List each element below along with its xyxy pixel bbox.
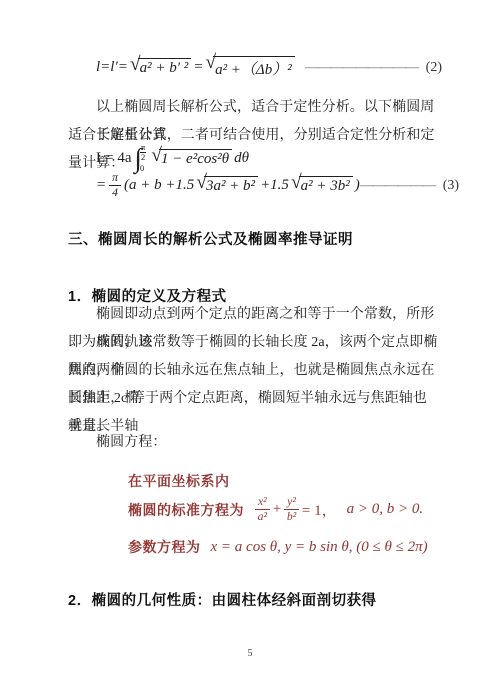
formula-2-equals: = <box>193 59 203 76</box>
page-number: 5 <box>0 648 500 659</box>
fraction-x2-a2: x² a² <box>255 496 270 524</box>
sqrt-body-3: 1 − e²cos²θ <box>159 149 232 168</box>
formula-2-dash-line: ————————— <box>305 60 418 76</box>
fraction-denominator: 4 <box>112 186 118 199</box>
paragraph-definition-line-3: 焦点，椭圆的长轴永远在焦点轴上，也就是椭圆焦点永远在长轴上，椭 <box>68 357 440 385</box>
paragraph-usage: 以上椭圆周长解析公式，适合于定性分析。以下椭圆周长解析公式 适合于定量计算，二者… <box>68 94 440 150</box>
sqrt-body-2: a² +（Δb）² <box>213 56 295 79</box>
subheading-2: 2．椭圆的几何性质：由圆柱体经斜面剖切获得 <box>68 589 377 610</box>
fraction-y2-b2: y² b² <box>284 496 299 524</box>
sqrt-expression-4: √ 3a² + b² <box>196 176 258 195</box>
paragraph-usage-line-1: 以上椭圆周长解析公式，适合于定性分析。以下椭圆周长解析公式 <box>68 94 440 122</box>
formula-3-lhs: L= 4a <box>96 150 132 167</box>
fraction-pi-over-4: π 4 <box>109 172 121 200</box>
paragraph-definition-line-1: 椭圆即动点到两个定点的距离之和等于一个常数，所形成的轨迹 <box>68 301 440 329</box>
red-line-parametric-equation: 参数方程为 x = a cos θ, y = b sin θ, (0 ≤ θ ≤… <box>128 537 428 557</box>
equals-one: = 1， <box>302 499 337 520</box>
sqrt-expression-1: √ a² + b′ ² <box>130 58 191 77</box>
formula-3-dtheta: dθ <box>234 150 249 167</box>
radical-sign: √ <box>196 175 207 192</box>
radical-sign: √ <box>130 57 141 74</box>
section-heading-3: 三、椭圆周长的解析公式及椭圆率推导证明 <box>68 228 353 249</box>
upper-bound-denominator: 2 <box>141 153 145 162</box>
sqrt-expression-3: √ 1 − e²cos²θ <box>151 149 232 168</box>
sqrt-body-4: 3a² + b² <box>204 176 258 195</box>
formula-3-line-1: L= 4a ∫ π 2 0 √ 1 − e²cos²θ dθ <box>96 143 249 173</box>
document-page: l=l′= √ a² + b′ ² = √ a² +（Δb）² ————————… <box>0 0 500 698</box>
paragraph-definition: 椭圆即动点到两个定点的距离之和等于一个常数，所形成的轨迹 即为椭圆，该常数等于椭… <box>68 301 440 441</box>
paragraph-definition-line-2: 即为椭圆，该常数等于椭圆的长轴长度 2a，该两个定点即椭圆的两个 <box>68 329 440 357</box>
formula-2: l=l′= √ a² + b′ ² = √ a² +（Δb）² ————————… <box>96 56 442 79</box>
formula-3-number: (3) <box>443 178 459 194</box>
radical-sign: √ <box>151 148 162 165</box>
red-line-coordinate-system: 在平面坐标系内 <box>128 471 230 491</box>
formula-3-equals: = <box>96 177 106 194</box>
integral-bounds: π 2 0 <box>140 143 146 173</box>
fraction-numerator: y² <box>284 496 299 510</box>
formula-3-mid: +1.5 <box>260 177 289 194</box>
plus-sign: + <box>273 501 281 518</box>
fraction-denominator: a² <box>258 510 267 523</box>
formula-2-lhs: l=l′= <box>96 59 128 76</box>
fraction-numerator: x² <box>255 496 270 510</box>
standard-equation-math: x² a² + y² b² = 1， a > 0, b > 0. <box>252 496 423 524</box>
parametric-equation-math: x = a cos θ, y = b sin θ, (0 ≤ θ ≤ 2π) <box>211 539 428 556</box>
sqrt-expression-5: √ a² + 3b² <box>291 176 353 195</box>
condition-text: a > 0, b > 0. <box>347 501 424 518</box>
paragraph-definition-line-4: 圆焦距 2c 等于两个定点距离，椭圆短半轴永远与焦距轴也就是长半轴 <box>68 385 440 413</box>
ellipse-equation-label: 椭圆方程： <box>96 429 167 457</box>
formula-3-line-2: = π 4 (a + b +1.5 √ 3a² + b² +1.5 √ a² +… <box>96 172 442 200</box>
integral-expression: ∫ π 2 0 <box>135 143 147 173</box>
radical-sign: √ <box>291 175 302 192</box>
integral-upper-bound: π 2 <box>140 143 146 161</box>
formula-3-pre: (a + b +1.5 <box>124 177 194 194</box>
fraction-numerator: π <box>109 172 121 186</box>
parametric-equation-label: 参数方程为 <box>128 537 201 557</box>
formula-2-number: (2) <box>426 60 442 76</box>
sqrt-body-1: a² + b′ ² <box>138 58 192 77</box>
sqrt-expression-2: √ a² +（Δb）² <box>205 56 294 79</box>
red-line-standard-equation: 椭圆的标准方程为 x² a² + y² b² = 1， a > 0, b > 0… <box>128 496 423 524</box>
sqrt-body-5: a² + 3b² <box>299 176 353 195</box>
formula-3-dash-line: —————— <box>360 178 435 194</box>
standard-equation-label: 椭圆的标准方程为 <box>128 500 244 520</box>
radical-sign: √ <box>205 55 216 72</box>
fraction-denominator: b² <box>287 510 296 523</box>
